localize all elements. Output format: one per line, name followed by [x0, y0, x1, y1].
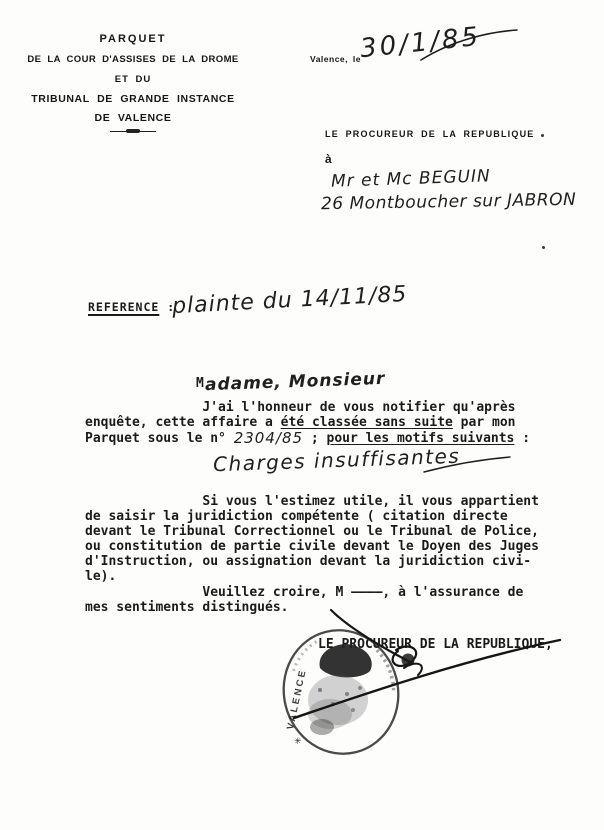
sender-title: LE PROCUREUR DE LA REPUBLIQUE — [325, 129, 534, 139]
motive-flourish-stroke — [420, 452, 515, 476]
handwritten-reference: plainte du 14/11/85 — [172, 282, 408, 319]
salutation-handwritten: adame, Monsieur — [205, 369, 386, 395]
dateline-label: Valence, le — [310, 54, 361, 64]
letterhead-cour-assises: DE LA COUR D'ASSISES DE LA DROME — [18, 54, 248, 65]
salutation: Madame, Monsieur — [196, 372, 385, 392]
stamp-city-text: VALENCE — [285, 667, 309, 730]
official-stamp-and-signature: VALENCE ✳ — [260, 595, 580, 780]
paragraph-juridiction: Si vous l'estimez utile, il vous apparti… — [85, 494, 555, 584]
stray-dot — [541, 134, 544, 137]
letterhead-parquet: PARQUET — [18, 33, 248, 45]
stray-dot — [542, 246, 545, 249]
handwritten-case-number: 2304/85 — [234, 429, 303, 447]
handwritten-recipient-address: 26 Montboucher sur JABRON — [321, 190, 577, 214]
stamp-emblem — [308, 644, 372, 735]
letterhead-tribunal: TRIBUNAL DE GRANDE INSTANCE — [18, 93, 248, 105]
letterhead-divider-center — [126, 129, 140, 133]
letterhead-et-du: ET DU — [18, 74, 248, 85]
p1-line1: J'ai l'honneur de vous notifier qu'après — [85, 400, 515, 415]
handwritten-recipient-name: Mr et Mc BEGUIN — [331, 166, 491, 192]
p1-classee-sans-suite: été classée sans suite — [281, 415, 453, 430]
salutation-typed-m: M — [196, 376, 204, 391]
letterhead-divider — [110, 131, 156, 132]
p1-line3-mid: ; — [303, 431, 326, 446]
paragraph-notification: J'ai l'honneur de vous notifier qu'après… — [85, 400, 555, 446]
letterhead: PARQUET DE LA COUR D'ASSISES DE LA DROME… — [18, 33, 248, 132]
p1-line3-colon: : — [514, 431, 530, 446]
to-label: à — [325, 152, 332, 166]
date-flourish-stroke — [415, 24, 525, 66]
stamp-star-icon: ✳ — [294, 736, 302, 746]
p1-line2-pre: enquête, cette affaire a — [85, 415, 281, 430]
reference-line: REFERENCE : — [88, 300, 175, 314]
p1-line3-pre: Parquet sous le n° — [85, 431, 234, 446]
scanned-letter-page: PARQUET DE LA COUR D'ASSISES DE LA DROME… — [0, 0, 604, 830]
p1-line2-post: par mon — [453, 415, 516, 430]
letterhead-ville: DE VALENCE — [18, 112, 248, 124]
p1-motifs-suivants: pour les motifs suivants — [327, 431, 515, 446]
reference-label: REFERENCE — [88, 300, 159, 314]
